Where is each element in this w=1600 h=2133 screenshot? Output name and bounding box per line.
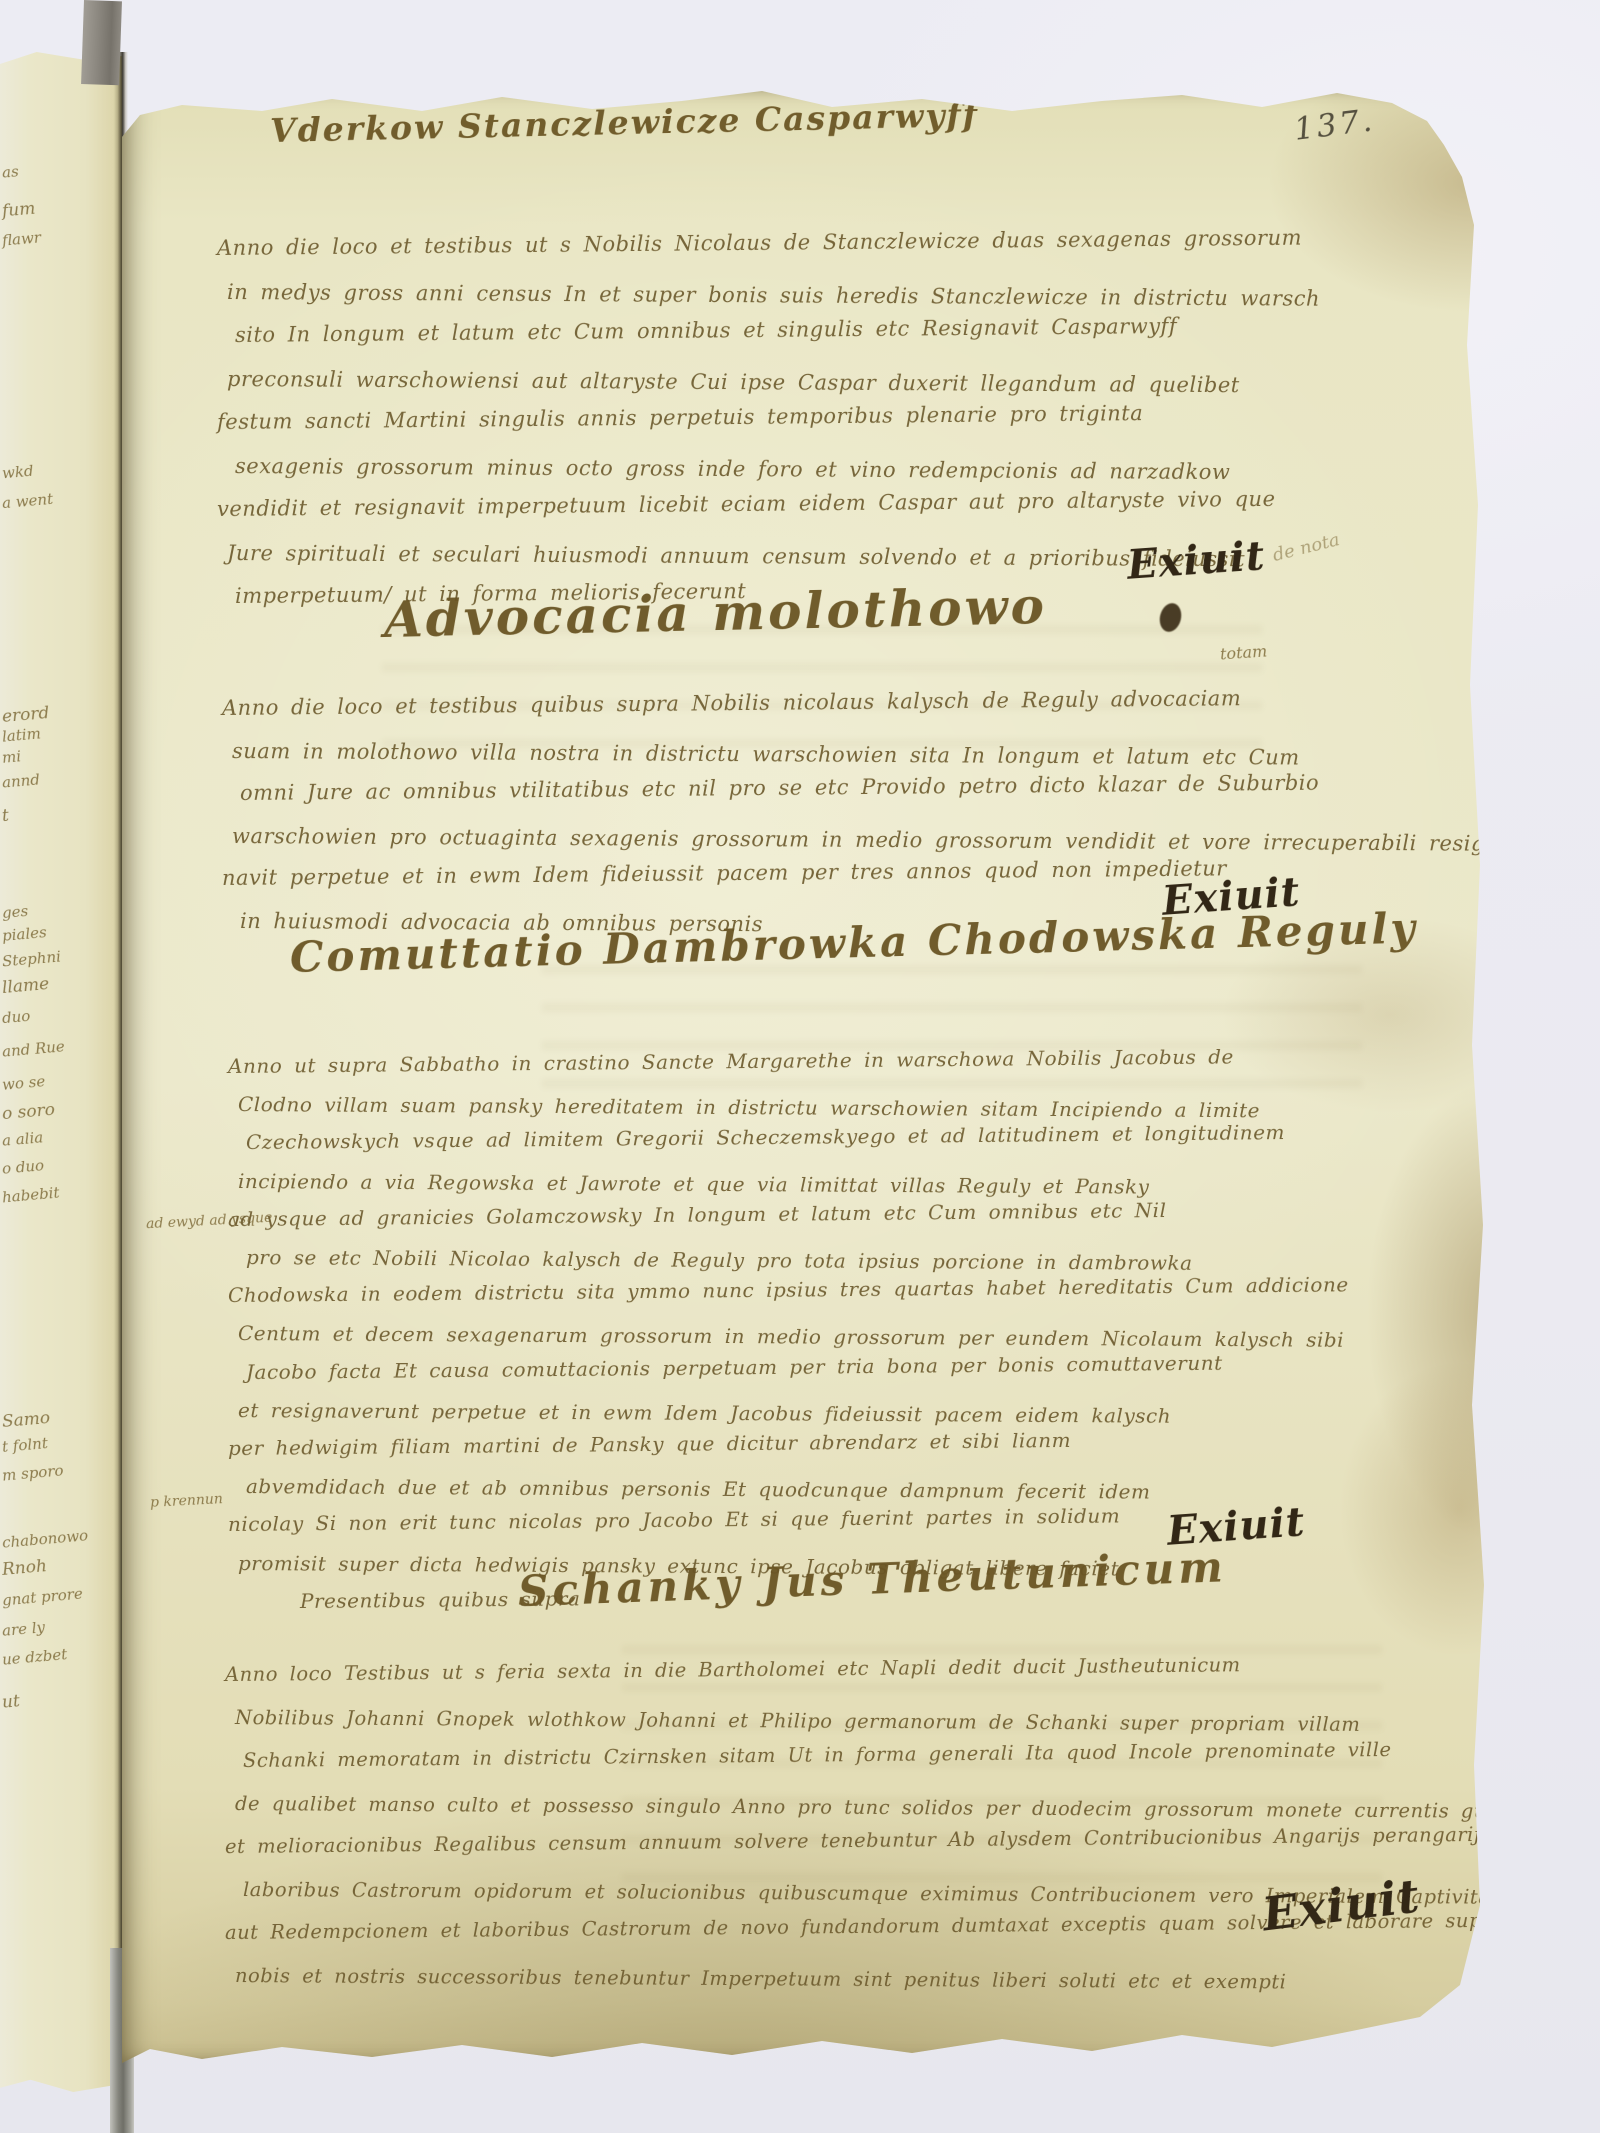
- left-page-fragment: ut: [1, 1691, 20, 1712]
- left-page-fragment: are ly: [1, 1618, 45, 1640]
- left-page-fragment: latim: [1, 724, 41, 745]
- facing-page-edge: asfumflawrwkda wenterordlatimmianndtgesp…: [0, 48, 122, 2092]
- left-page-fragment: duo: [1, 1007, 31, 1027]
- left-page-fragment: annd: [1, 770, 40, 791]
- book-clamp-bar-top: [81, 0, 122, 85]
- left-page-fragment: m sporo: [1, 1461, 64, 1484]
- marginal-addition: p krennun: [150, 1491, 224, 1511]
- marginal-note: totam: [1219, 641, 1267, 663]
- left-page-fragment: wkd: [1, 462, 34, 483]
- manuscript-page: Vderkow Stanczlewicze Casparwyff 137. An…: [122, 85, 1500, 2063]
- text-line: festum sancti Martini singulis annis per…: [217, 390, 1320, 444]
- left-page-fragment: Stephni: [1, 947, 61, 970]
- text-line: vendidit et resignavit imperpetuum liceb…: [217, 477, 1320, 531]
- text-line: sito In longum et latum etc Cum omnibus …: [235, 304, 1320, 358]
- left-page-fragment: llame: [1, 974, 50, 998]
- left-page-fragment: o duo: [1, 1156, 45, 1178]
- text-line: Anno ut supra Sabbatho in crastino Sanct…: [228, 1036, 1349, 1085]
- left-page-fragment: ges: [1, 902, 29, 922]
- left-page-fragment: habebit: [1, 1184, 60, 1207]
- left-page-fragment: piales: [1, 923, 47, 945]
- text-line: Anno die loco et testibus ut s Nobilis N…: [217, 216, 1320, 270]
- left-page-fragment: flawr: [1, 228, 41, 249]
- left-page-fragment: gnat prore: [1, 1585, 83, 1610]
- page-header-title: Vderkow Stanczlewicze Casparwyff: [270, 95, 980, 150]
- left-page-fragment: a went: [1, 490, 53, 512]
- folio-number: 137.: [1292, 102, 1377, 148]
- text-line: Anno die loco et testibus quibus supra N…: [222, 675, 1485, 730]
- left-page-fragment: as: [1, 162, 19, 181]
- left-page-fragment: chabonowo: [1, 1526, 88, 1551]
- left-page-fragment: and Rue: [1, 1037, 65, 1060]
- entry-2-heading: Advocacia molothowo: [383, 576, 1047, 649]
- left-page-fragment: Samo: [1, 1408, 51, 1432]
- left-page-fragment: o soro: [1, 1100, 56, 1125]
- text-line: Anno loco Testibus ut s feria sexta in d…: [225, 1638, 1600, 1696]
- entry-4-text: Anno loco Testibus ut s feria sexta in d…: [225, 1653, 1600, 1997]
- text-line: nobis et nostris successoribus tenebuntu…: [235, 1954, 1600, 2006]
- left-page-fragment: Rnoh: [1, 1556, 48, 1580]
- left-page-fragment: ue dzbet: [1, 1645, 68, 1669]
- exiuit-mark: Exiuit: [1126, 532, 1267, 589]
- left-page-fragment: t: [1, 806, 10, 827]
- left-page-fragment: fum: [1, 199, 36, 222]
- left-page-fragment: erord: [1, 703, 50, 727]
- manuscript-scan: { "document": { "page_number": "137.", "…: [0, 0, 1600, 2133]
- left-page-fragment: t folnt: [1, 1434, 48, 1456]
- left-page-fragment: a alia: [1, 1128, 44, 1150]
- left-page-fragment: mi: [1, 747, 22, 767]
- left-page-fragment: wo se: [1, 1072, 46, 1094]
